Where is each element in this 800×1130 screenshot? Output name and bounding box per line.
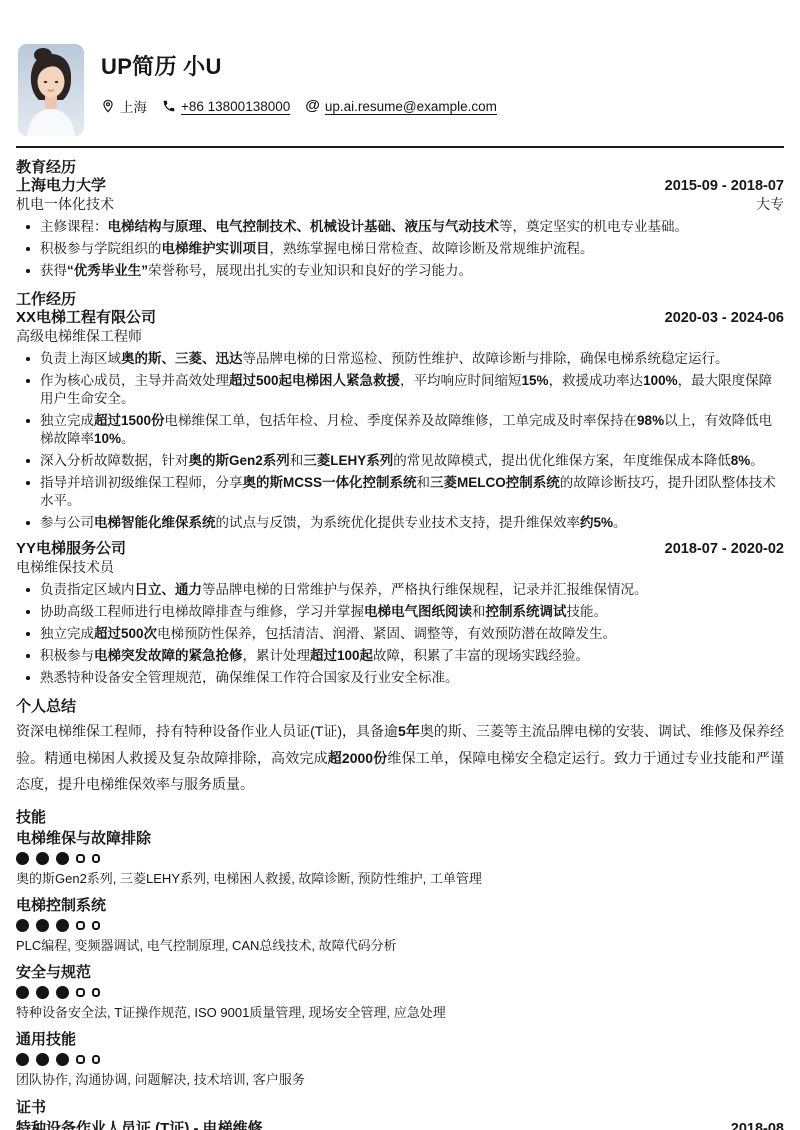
skill-keywords: PLC编程, 变频器调试, 电气控制原理, CAN总线技术, 故障代码分析 [16, 938, 784, 954]
bullet-item: 负责指定区域内日立、通力等品牌电梯的日常维护与保养，严格执行维保规程，记录并汇报… [40, 581, 784, 599]
skill-dot-filled [56, 986, 69, 999]
header-divider [16, 146, 784, 148]
bullet-item: 作为核心成员，主导并高效处理超过500起电梯困人紧急救援，平均响应时间缩短15%… [40, 372, 784, 408]
contact-phone: +86 13800138000 [162, 99, 290, 114]
location-pin-icon [101, 99, 115, 113]
skill-dot-empty [92, 921, 101, 930]
skill-dot-filled [36, 919, 49, 932]
skill-dot-filled [36, 1053, 49, 1066]
certificate-entry: 特种设备作业人员证 (T证) - 电梯维修 2018-08 [16, 1120, 784, 1130]
skill-item: 电梯控制系统 PLC编程, 变频器调试, 电气控制原理, CAN总线技术, 故障… [16, 897, 784, 954]
skill-dot-filled [56, 852, 69, 865]
bullet-item: 积极参与电梯突发故障的紧急抢修，累计处理超过100起故障，积累了丰富的现场实践经… [40, 647, 784, 665]
skill-keywords: 奥的斯Gen2系列, 三菱LEHY系列, 电梯困人救援, 故障诊断, 预防性维护… [16, 871, 784, 887]
at-icon: @ [305, 99, 320, 113]
job-title: 高级电梯维保工程师 [16, 327, 142, 345]
skill-name: 电梯控制系统 [16, 897, 784, 915]
bullet-item: 独立完成超过500次电梯预防性保养，包括清洁、润滑、紧固、调整等，有效预防潜在故… [40, 625, 784, 643]
bullet-item: 独立完成超过1500份电梯维保工单，包括年检、月检、季度保养及故障维修，工单完成… [40, 412, 784, 448]
education-major: 机电一体化技术 [16, 195, 114, 213]
company-name: YY电梯服务公司 [16, 540, 126, 558]
skill-dot-empty [76, 988, 85, 997]
phone-icon [162, 99, 176, 113]
header-text-block: UP简历 小U 上海 +86 13800138000 @ up.ai.resum… [101, 44, 512, 116]
profile-photo-illustration [18, 44, 84, 136]
education-section-title: 教育经历 [16, 158, 784, 177]
skill-dot-filled [16, 986, 29, 999]
skill-name: 电梯维保与故障排除 [16, 830, 784, 848]
contact-row: 上海 +86 13800138000 @ up.ai.resume@exampl… [101, 96, 512, 116]
bullet-item: 指导并培训初级维保工程师，分享奥的斯MCSS一体化控制系统和三菱MELCO控制系… [40, 474, 784, 510]
skill-item: 电梯维保与故障排除 奥的斯Gen2系列, 三菱LEHY系列, 电梯困人救援, 故… [16, 830, 784, 887]
skill-keywords: 特种设备安全法, T证操作规范, ISO 9001质量管理, 现场安全管理, 应… [16, 1005, 784, 1021]
bullet-item: 熟悉特种设备安全管理规范，确保维保工作符合国家及行业安全标准。 [40, 669, 784, 687]
skill-name: 通用技能 [16, 1031, 784, 1049]
resume-header: UP简历 小U 上海 +86 13800138000 @ up.ai.resum… [0, 0, 800, 136]
bullet-item: 获得“优秀毕业生”荣誉称号，展现出扎实的专业知识和良好的学习能力。 [40, 262, 784, 280]
skill-dot-filled [36, 852, 49, 865]
skill-item: 安全与规范 特种设备安全法, T证操作规范, ISO 9001质量管理, 现场安… [16, 964, 784, 1021]
summary-section-title: 个人总结 [16, 697, 784, 716]
school-name: 上海电力大学 [16, 177, 106, 195]
skill-dot-filled [16, 1053, 29, 1066]
skill-name: 安全与规范 [16, 964, 784, 982]
skill-level-indicator [16, 919, 784, 933]
skill-dot-empty [92, 854, 101, 863]
section-summary: 个人总结 资深电梯维保工程师，持有特种设备作业人员证(T证)，具备逾5年奥的斯、… [16, 697, 784, 798]
skill-dot-filled [16, 919, 29, 932]
bullet-item: 深入分析故障数据，针对奥的斯Gen2系列和三菱LEHY系列的常见故障模式，提出优… [40, 452, 784, 470]
education-dates: 2015-09 - 2018-07 [665, 177, 784, 195]
phone-link[interactable]: +86 13800138000 [181, 99, 290, 114]
company-name: XX电梯工程有限公司 [16, 309, 156, 327]
bullet-item: 协助高级工程师进行电梯故障排查与维修，学习并掌握电梯电气图纸阅读和控制系统调试技… [40, 603, 784, 621]
resume-body: 教育经历 上海电力大学 2015-09 - 2018-07 机电一体化技术 大专… [0, 158, 800, 1130]
skill-dot-empty [92, 1055, 101, 1064]
work-bullet-list: 负责上海区域奥的斯、三菱、迅达等品牌电梯的日常巡检、预防性维护、故障诊断与排除，… [16, 350, 784, 532]
work-entry: XX电梯工程有限公司 2020-03 - 2024-06 高级电梯维保工程师 负… [16, 309, 784, 532]
skill-level-indicator [16, 986, 784, 1000]
skill-item: 通用技能 团队协作, 沟通协调, 问题解决, 技术培训, 客户服务 [16, 1031, 784, 1088]
work-entry: YY电梯服务公司 2018-07 - 2020-02 电梯维保技术员 负责指定区… [16, 540, 784, 687]
section-work: 工作经历 XX电梯工程有限公司 2020-03 - 2024-06 高级电梯维保… [16, 290, 784, 687]
skill-level-indicator [16, 852, 784, 866]
skill-dot-filled [16, 852, 29, 865]
bullet-item: 负责上海区域奥的斯、三菱、迅达等品牌电梯的日常巡检、预防性维护、故障诊断与排除，… [40, 350, 784, 368]
education-bullet-list: 主修课程：电梯结构与原理、电气控制技术、机械设计基础、液压与气动技术等，奠定坚实… [16, 218, 784, 280]
bullet-item: 积极参与学院组织的电梯维护实训项目，熟练掌握电梯日常检查、故障诊断及常规维护流程… [40, 240, 784, 258]
skill-dot-empty [76, 921, 85, 930]
job-title: 电梯维保技术员 [16, 558, 114, 576]
contact-location: 上海 [101, 96, 147, 116]
skill-dot-filled [56, 919, 69, 932]
work-dates: 2020-03 - 2024-06 [665, 309, 784, 327]
skill-dot-empty [92, 988, 101, 997]
certificate-date: 2018-08 [731, 1120, 784, 1130]
skills-section-title: 技能 [16, 808, 784, 827]
profile-photo [18, 44, 84, 136]
location-text: 上海 [120, 96, 147, 116]
skill-dot-empty [76, 854, 85, 863]
education-degree: 大专 [756, 195, 784, 213]
email-link[interactable]: up.ai.resume@example.com [325, 99, 497, 114]
work-bullet-list: 负责指定区域内日立、通力等品牌电梯的日常维护与保养，严格执行维保规程，记录并汇报… [16, 581, 784, 687]
work-dates: 2018-07 - 2020-02 [665, 540, 784, 558]
skill-keywords: 团队协作, 沟通协调, 问题解决, 技术培训, 客户服务 [16, 1072, 784, 1088]
education-entry: 上海电力大学 2015-09 - 2018-07 机电一体化技术 大专 主修课程… [16, 177, 784, 280]
section-certificates: 证书 特种设备作业人员证 (T证) - 电梯维修 2018-08 [16, 1098, 784, 1130]
work-section-title: 工作经历 [16, 290, 784, 309]
summary-paragraph: 资深电梯维保工程师，持有特种设备作业人员证(T证)，具备逾5年奥的斯、三菱等主流… [16, 718, 784, 798]
certificates-section-title: 证书 [16, 1098, 784, 1117]
section-education: 教育经历 上海电力大学 2015-09 - 2018-07 机电一体化技术 大专… [16, 158, 784, 280]
bullet-item: 主修课程：电梯结构与原理、电气控制技术、机械设计基础、液压与气动技术等，奠定坚实… [40, 218, 784, 236]
skill-dot-filled [56, 1053, 69, 1066]
skill-dot-filled [36, 986, 49, 999]
candidate-name: UP简历 小U [101, 53, 512, 81]
contact-email: @ up.ai.resume@example.com [305, 99, 497, 114]
skill-level-indicator [16, 1053, 784, 1067]
certificate-name: 特种设备作业人员证 (T证) - 电梯维修 [16, 1120, 263, 1130]
skill-dot-empty [76, 1055, 85, 1064]
section-skills: 技能 电梯维保与故障排除 奥的斯Gen2系列, 三菱LEHY系列, 电梯困人救援… [16, 808, 784, 1088]
bullet-item: 参与公司电梯智能化维保系统的试点与反馈，为系统优化提供专业技术支持，提升维保效率… [40, 514, 784, 532]
